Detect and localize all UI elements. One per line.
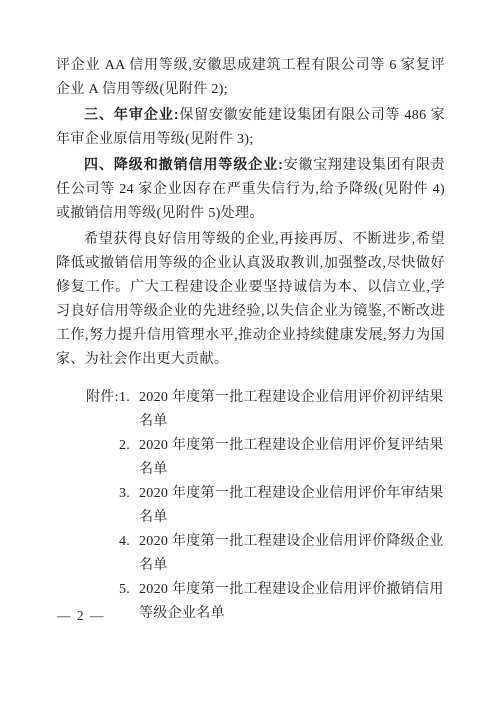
paragraph-closing: 希望获得良好信用等级的企业,再接再厉、不断进步,希望降低或撤销信用等级的企业认真… — [56, 226, 445, 372]
document-page: 评企业 AA 信用等级,安徽思成建筑工程有限公司等 6 家复评企业 A 信用等级… — [0, 0, 500, 702]
paragraph-annual-review: 三、年审企业:保留安徽安能建设集团有限公司等 486 家年审企业原信用等级(见附… — [56, 102, 445, 152]
attachment-title: 2020 年度第一批工程建设企业信用评价初评结果名单 — [139, 386, 444, 434]
paragraph-downgrade-revoke: 四、降级和撤销信用等级企业:安徽宝翔建设集团有限责任公司等 24 家企业因存在严… — [56, 152, 445, 226]
section-heading-three: 三、年审企业: — [84, 106, 179, 122]
attachment-item: 4. 2020 年度第一批工程建设企业信用评价降级企业名单 — [86, 530, 445, 578]
attachment-title: 2020 年度第一批工程建设企业信用评价撤销信用等级企业名单 — [139, 578, 444, 626]
attachment-title: 2020 年度第一批工程建设企业信用评价降级企业名单 — [139, 530, 444, 578]
attachment-item: 3. 2020 年度第一批工程建设企业信用评价年审结果名单 — [86, 482, 445, 530]
attachments-label: 附件: — [86, 386, 119, 410]
attachment-number: 3. — [119, 482, 139, 506]
attachment-number: 2. — [119, 434, 139, 458]
document-body: 评企业 AA 信用等级,安徽思成建筑工程有限公司等 6 家复评企业 A 信用等级… — [0, 0, 500, 626]
attachment-title: 2020 年度第一批工程建设企业信用评价年审结果名单 — [139, 482, 444, 530]
attachment-number: 4. — [119, 530, 139, 554]
attachment-number: 5. — [119, 578, 139, 602]
paragraph-text: 希望获得良好信用等级的企业,再接再厉、不断进步,希望降低或撤销信用等级的企业认真… — [56, 232, 445, 367]
attachment-item: 附件: 1. 2020 年度第一批工程建设企业信用评价初评结果名单 — [86, 386, 445, 434]
attachment-number: 1. — [119, 386, 139, 410]
section-heading-four: 四、降级和撤销信用等级企业: — [84, 156, 283, 172]
attachment-item: 5. 2020 年度第一批工程建设企业信用评价撤销信用等级企业名单 — [86, 578, 445, 626]
page-number: — 2 — — [57, 608, 105, 624]
paragraph-text: 评企业 AA 信用等级,安徽思成建筑工程有限公司等 6 家复评企业 A 信用等级… — [56, 58, 445, 97]
paragraph-continuation: 评企业 AA 信用等级,安徽思成建筑工程有限公司等 6 家复评企业 A 信用等级… — [56, 52, 445, 102]
attachment-title: 2020 年度第一批工程建设企业信用评价复评结果名单 — [139, 434, 444, 482]
attachment-item: 2. 2020 年度第一批工程建设企业信用评价复评结果名单 — [86, 434, 445, 482]
attachments-list: 附件: 1. 2020 年度第一批工程建设企业信用评价初评结果名单 2. 202… — [86, 386, 445, 626]
